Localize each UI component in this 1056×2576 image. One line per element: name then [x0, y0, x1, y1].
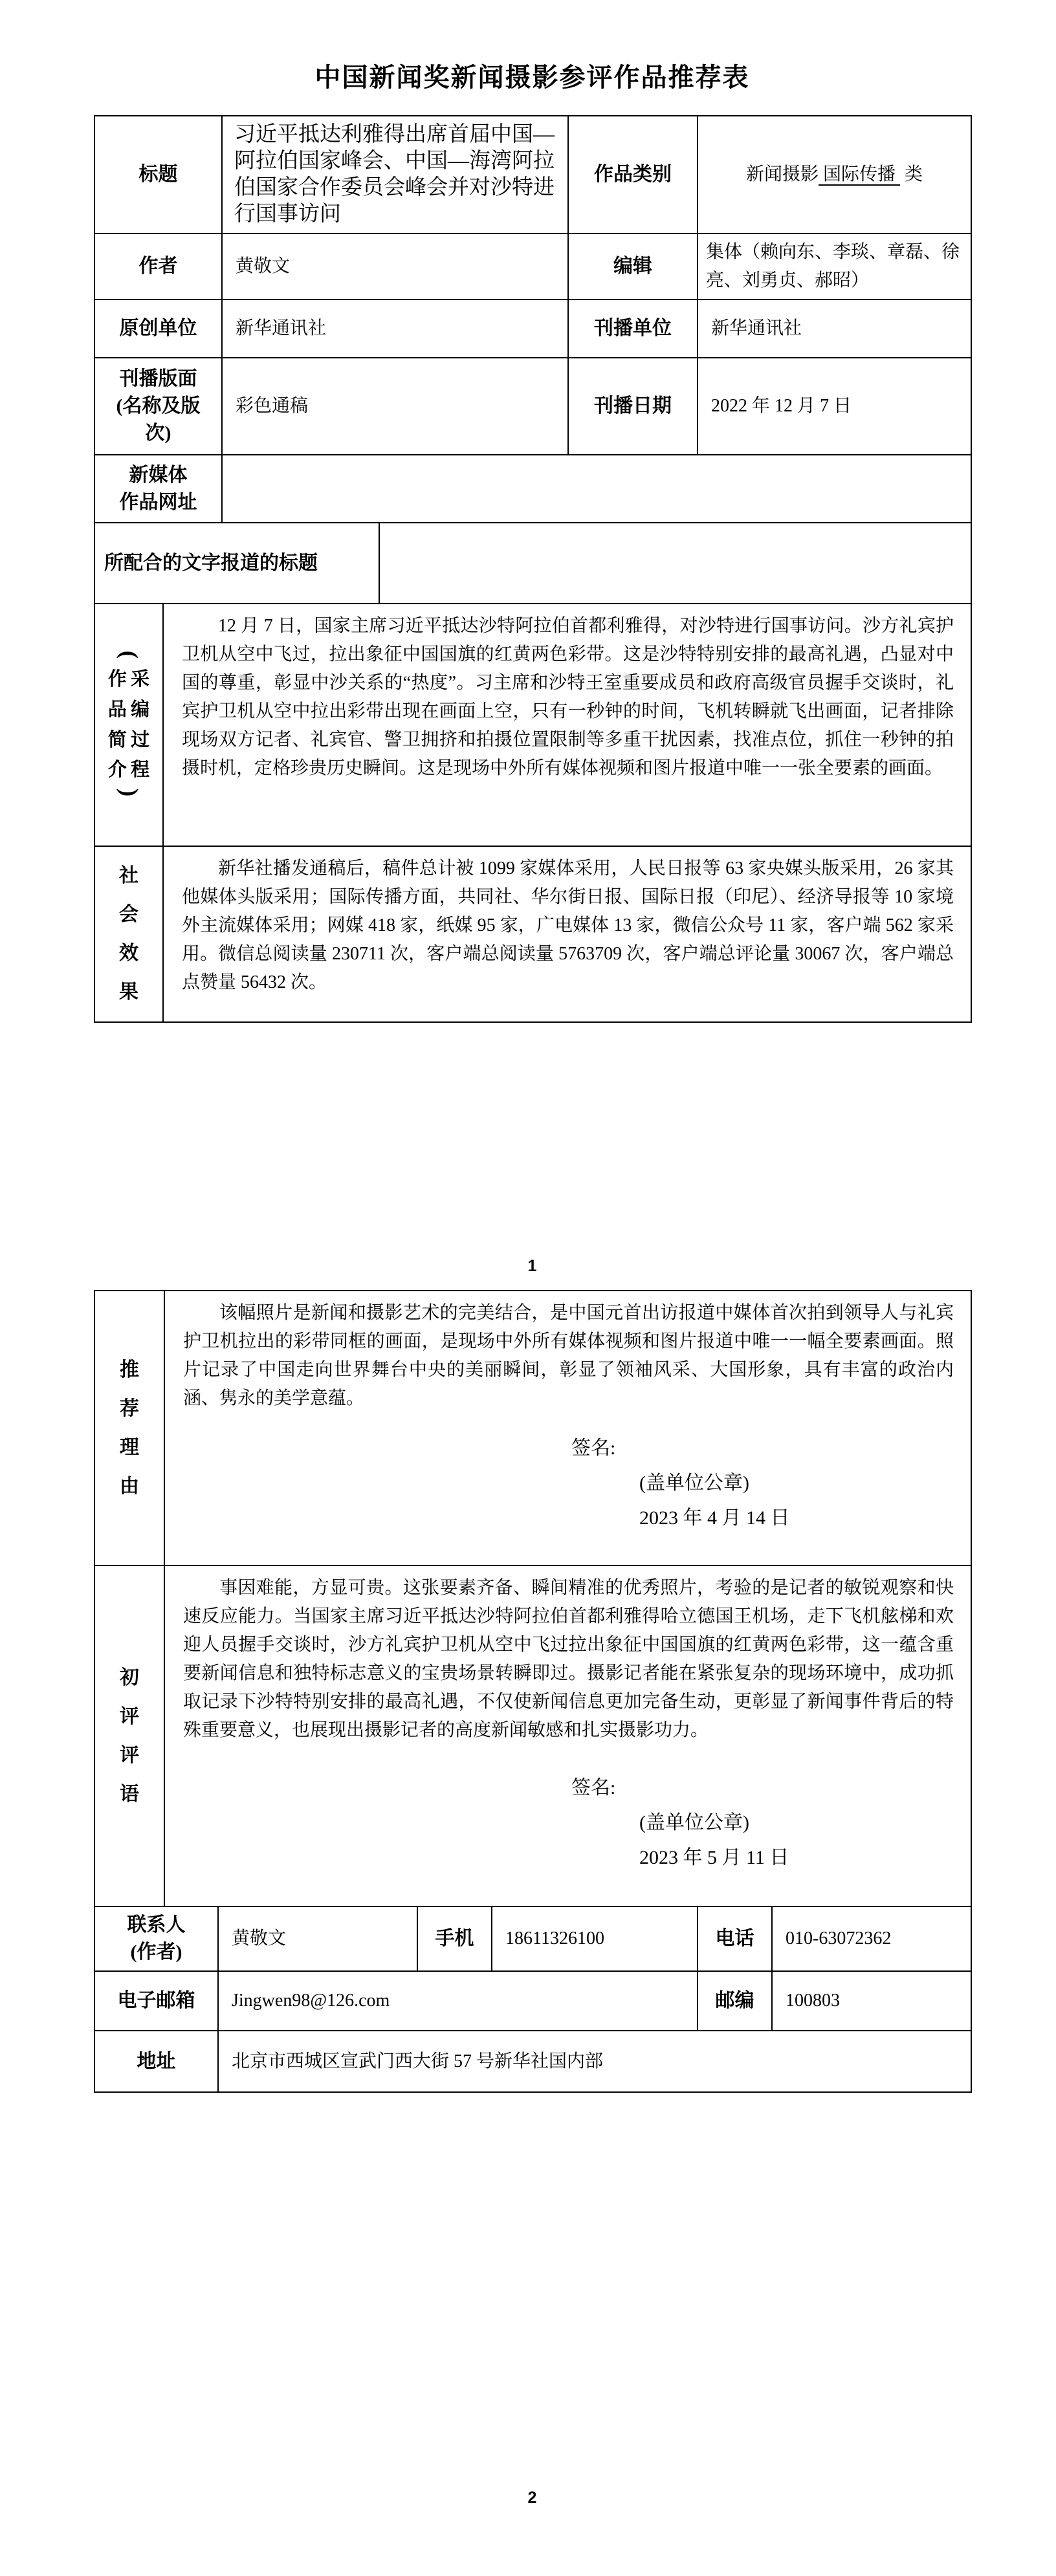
mobile-value: 18611326100 [492, 1906, 698, 1971]
publish-unit-value: 新华通讯社 [698, 300, 971, 358]
origin-unit-value: 新华通讯社 [222, 300, 568, 358]
newmedia-url-label: 新媒体 作品网址 [94, 455, 222, 523]
recommendation-text-cell: 该幅照片是新闻和摄影艺术的完美结合，是中国元首出访报道中媒体首次拍到领导人与礼宾… [164, 1291, 971, 1566]
zip-value: 100803 [772, 1971, 971, 2031]
address-label: 地址 [94, 2031, 218, 2092]
recommendation-label-cell: 推荐理由 [94, 1291, 164, 1566]
social-effect-label-cell: 社会效果 [94, 846, 163, 1022]
table-row: 标题 习近平抵达利雅得出席首届中国—阿拉伯国家峰会、中国—海湾阿拉伯国家合作委员… [94, 116, 971, 234]
table-row: 电子邮箱 Jingwen98@126.com 邮编 100803 [94, 1971, 971, 2031]
vertical-paren-close-icon: ) [96, 785, 161, 802]
phone-label: 电话 [698, 1906, 772, 1971]
intro-label-right-column: 采编过程 [129, 664, 151, 786]
table-row: 联系人 (作者) 黄敬文 手机 18611326100 电话 010-63072… [94, 1906, 971, 1971]
author-value: 黄敬文 [222, 234, 568, 300]
category-underlined: 国际传播 [819, 164, 900, 184]
intro-label-cell: ( 作品简介 采编过程 ) [94, 604, 163, 846]
intro-paragraph: 12 月 7 日，国家主席习近平抵达沙特阿拉伯首都利雅得，对沙特进行国事访问。沙… [182, 612, 954, 783]
text-report-title-label: 所配合的文字报道的标题 [94, 523, 379, 604]
zip-label: 邮编 [698, 1971, 772, 2031]
table-row: 社会效果 新华社播发通稿后，稿件总计被 1099 家媒体采用，人民日报等 63 … [94, 846, 971, 1022]
initial-review-label: 初评评语 [118, 1659, 141, 1814]
publish-date-label: 刊播日期 [568, 358, 698, 455]
table-row: 作者 黄敬文 编辑 集体（赖向东、李琰、章磊、徐亮、刘勇贞、郝昭） [94, 234, 971, 300]
phone-value: 010-63072362 [772, 1906, 971, 1971]
table-row: ( 作品简介 采编过程 ) 12 月 7 日，国家主席习近平抵达沙特阿拉伯首都利… [94, 604, 971, 846]
category-suffix: 类 [900, 164, 923, 184]
social-effect-text-cell: 新华社播发通稿后，稿件总计被 1099 家媒体采用，人民日报等 63 家央媒头版… [163, 846, 971, 1022]
signature-date: 2023 年 4 月 14 日 [639, 1501, 954, 1536]
contact-person-value: 黄敬文 [218, 1906, 417, 1971]
address-value: 北京市西城区宣武门西大街 57 号新华社国内部 [218, 2031, 971, 2092]
table-row: 初评评语 事因难能，方显可贵。这张要素齐备、瞬间精准的优秀照片，考验的是记者的敏… [94, 1566, 971, 1906]
contact-person-label: 联系人 (作者) [94, 1906, 218, 1971]
table-row: 新媒体 作品网址 [94, 455, 971, 523]
form-title: 中国新闻奖新闻摄影参评作品推荐表 [94, 0, 971, 96]
layout-label: 刊播版面 (名称及版 次) [94, 358, 222, 455]
intro-label-left-column: 作品简介 [107, 664, 128, 786]
stamp-note: (盖单位公章) [639, 1466, 954, 1501]
recommendation-signature-block: 签名: (盖单位公章) 2023 年 4 月 14 日 [183, 1431, 954, 1536]
editor-value: 集体（赖向东、李琰、章磊、徐亮、刘勇贞、郝昭） [698, 234, 971, 300]
social-effect-paragraph: 新华社播发通稿后，稿件总计被 1099 家媒体采用，人民日报等 63 家央媒头版… [182, 855, 954, 997]
recommendation-label: 推荐理由 [118, 1351, 141, 1506]
recommendation-paragraph: 该幅照片是新闻和摄影艺术的完美结合，是中国元首出访报道中媒体首次拍到领导人与礼宾… [183, 1299, 954, 1413]
newmedia-url-value [222, 455, 971, 523]
table-row: 地址 北京市西城区宣武门西大街 57 号新华社国内部 [94, 2031, 971, 2092]
review-contact-table: 推荐理由 该幅照片是新闻和摄影艺术的完美结合，是中国元首出访报道中媒体首次拍到领… [94, 1290, 972, 2093]
email-label: 电子邮箱 [94, 1971, 218, 2031]
table-row: 所配合的文字报道的标题 [94, 523, 971, 604]
work-title-value: 习近平抵达利雅得出席首届中国—阿拉伯国家峰会、中国—海湾阿拉伯国家合作委员会峰会… [222, 116, 568, 234]
table-row: 推荐理由 该幅照片是新闻和摄影艺术的完美结合，是中国元首出访报道中媒体首次拍到领… [94, 1291, 971, 1566]
document-page: 中国新闻奖新闻摄影参评作品推荐表 标题 习近平抵达利雅得出席首届中国—阿拉伯国家… [0, 0, 1056, 2507]
page-number-2: 2 [94, 2489, 971, 2507]
category-value: 新闻摄影 国际传播 类 [698, 116, 971, 234]
layout-value: 彩色通稿 [222, 358, 568, 455]
publish-unit-label: 刊播单位 [568, 300, 698, 358]
table-row: 刊播版面 (名称及版 次) 彩色通稿 刊播日期 2022 年 12 月 7 日 [94, 358, 971, 455]
mobile-label: 手机 [417, 1906, 492, 1971]
signature-label: 签名: [571, 1431, 954, 1466]
signature-date: 2023 年 5 月 11 日 [639, 1840, 954, 1875]
email-value: Jingwen98@126.com [218, 1971, 698, 2031]
editor-label: 编辑 [568, 234, 698, 300]
author-label: 作者 [94, 234, 222, 300]
social-effect-label: 社会效果 [118, 857, 140, 1012]
entry-info-table: 标题 习近平抵达利雅得出席首届中国—阿拉伯国家峰会、中国—海湾阿拉伯国家合作委员… [94, 115, 972, 1023]
vertical-paren-open-icon: ( [96, 648, 161, 664]
intro-text-cell: 12 月 7 日，国家主席习近平抵达沙特阿拉伯首都利雅得，对沙特进行国事访问。沙… [163, 604, 971, 846]
category-prefix: 新闻摄影 [746, 164, 819, 184]
publish-date-value: 2022 年 12 月 7 日 [698, 358, 971, 455]
page-number-1: 1 [94, 1257, 971, 1276]
text-report-title-value [379, 523, 971, 604]
initial-review-text-cell: 事因难能，方显可贵。这张要素齐备、瞬间精准的优秀照片，考验的是记者的敏锐观察和快… [164, 1566, 971, 1906]
title-label: 标题 [94, 116, 222, 234]
initial-review-label-cell: 初评评语 [94, 1566, 164, 1906]
table-row: 原创单位 新华通讯社 刊播单位 新华通讯社 [94, 300, 971, 358]
category-label: 作品类别 [568, 116, 698, 234]
initial-review-paragraph: 事因难能，方显可贵。这张要素齐备、瞬间精准的优秀照片，考验的是记者的敏锐观察和快… [183, 1574, 954, 1745]
origin-unit-label: 原创单位 [94, 300, 222, 358]
signature-label: 签名: [571, 1771, 954, 1806]
stamp-note: (盖单位公章) [639, 1806, 954, 1840]
initial-review-signature-block: 签名: (盖单位公章) 2023 年 5 月 11 日 [183, 1771, 954, 1875]
